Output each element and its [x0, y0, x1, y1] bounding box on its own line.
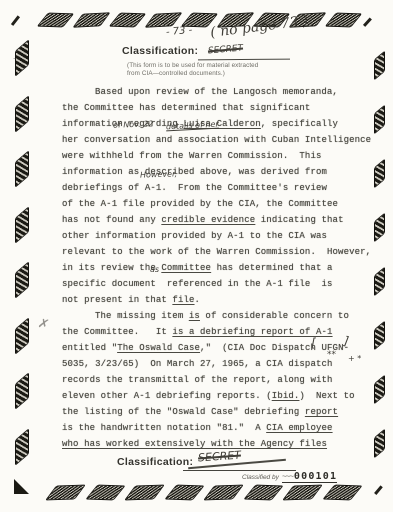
- underlined-phrase: is a debriefing report of A-1: [172, 327, 332, 337]
- border-hatch-block: [16, 152, 28, 186]
- border-hatch-block: [375, 376, 384, 403]
- typed-line: other information provided by A-1 to the…: [62, 228, 372, 244]
- typed-line: in its review the Committee has determin…: [62, 260, 372, 276]
- border-hatch-block: [375, 160, 384, 187]
- border-hatch-block: [16, 374, 28, 408]
- border-hatch-block: [166, 486, 203, 500]
- typed-text: The missing item: [95, 311, 189, 321]
- typed-line: the Committee has determined that signif…: [62, 100, 372, 116]
- underlined-phrase: file: [172, 295, 194, 305]
- typed-text: in its review the: [62, 263, 161, 273]
- border-hatch-block: [375, 214, 384, 241]
- classification-underline-top: [198, 59, 290, 61]
- typed-text: has not found any: [62, 215, 161, 225]
- handwritten-annotation: However,: [140, 170, 177, 179]
- typed-text: of the A-1 file provided by the CIA, the…: [62, 199, 338, 209]
- border-hatch-block: [324, 486, 361, 500]
- typed-text: of considerable concern to: [200, 311, 349, 321]
- border-hatch-block: [375, 106, 384, 133]
- typed-text: the Committee. It: [62, 327, 172, 337]
- border-hatch-block: [375, 268, 384, 295]
- typed-text: , specifically: [261, 119, 338, 129]
- classification-label-bottom: Classification:: [117, 456, 193, 468]
- typed-text: has determined that a: [211, 263, 332, 273]
- border-hatch-block: [110, 14, 144, 27]
- typed-line: were withheld from the Warren Commission…: [62, 148, 372, 164]
- typed-text: is the handwritten notation "81." A: [62, 423, 266, 433]
- typed-line: has not found any credible evidence indi…: [62, 212, 372, 228]
- typed-text: the Committee has determined that signif…: [62, 103, 310, 113]
- border-hatch-block: [16, 263, 28, 297]
- typed-text: her conversation and association with Cu…: [62, 135, 371, 145]
- handwritten-annotation: **: [327, 351, 336, 360]
- classified-by-label: Classified by: [242, 474, 279, 483]
- border-hatch-block: [87, 486, 124, 500]
- typed-text: entitled ": [62, 343, 117, 353]
- border-hatch-block: [16, 429, 28, 463]
- underlined-phrase: is: [189, 311, 200, 321]
- underlined-phrase: CIA employee: [266, 423, 332, 433]
- typed-line: of the A-1 file provided by the CIA, the…: [62, 196, 372, 212]
- border-hatch-block: [375, 52, 384, 79]
- typed-line: her conversation and association with Cu…: [62, 132, 372, 148]
- underlined-phrase: The Oswald Case: [117, 343, 200, 353]
- handwritten-annotation: SECRET: [208, 44, 244, 56]
- underlined-phrase: report: [305, 407, 338, 417]
- handwritten-annotation: –: [13, 54, 18, 64]
- handwritten-annotation: + *: [348, 355, 361, 363]
- border-corner-tick: [11, 15, 20, 25]
- typed-line: Based upon review of the Langosch memora…: [62, 84, 372, 100]
- handwritten-annotation: as: [150, 266, 159, 274]
- typed-text: relevant to the work of the Warren Commi…: [62, 247, 371, 257]
- typed-line: the listing of the "Oswald Case" debrief…: [62, 404, 372, 420]
- border-hatch-block: [47, 486, 84, 500]
- typed-text: .: [195, 295, 201, 305]
- typed-line: relevant to the work of the Warren Commi…: [62, 244, 372, 260]
- typed-text: indicating that: [255, 215, 343, 225]
- typed-line: is the handwritten notation "81." A CIA …: [62, 420, 372, 436]
- typed-line: The missing item is of considerable conc…: [62, 308, 372, 324]
- underlined-phrase: credible evidence: [161, 215, 255, 225]
- typed-text: 5035, 3/23/65) On March 27, 1965, a CIA …: [62, 359, 333, 369]
- typed-line: not present in that file.: [62, 292, 372, 308]
- border-hatch-block: [16, 318, 28, 352]
- border-corner-tick: [374, 485, 382, 494]
- border-hatch-block: [74, 13, 109, 26]
- border-hatch-block: [38, 14, 72, 27]
- typed-line: eleven other A-1 debriefing reports. (Ib…: [62, 388, 372, 404]
- typed-text: eleven other A-1 debriefing reports. (: [62, 391, 272, 401]
- handwritten-scribble: ~~~: [282, 472, 293, 482]
- typed-line: the Committee. It is a debriefing report…: [62, 324, 372, 340]
- stamp-number-wrap: ~~~ 000101: [282, 471, 337, 483]
- typed-line: records the transmittal of the report, a…: [62, 372, 372, 388]
- border-hatch-block: [16, 207, 28, 241]
- typed-line: specific document referenced in the A-1 …: [62, 276, 372, 292]
- handwritten-annotation: ✗: [37, 317, 51, 332]
- typed-text: specific document referenced in the A-1 …: [62, 279, 333, 289]
- typed-text: the listing of the "Oswald Case" debrief…: [62, 407, 305, 417]
- typed-text: ) Next to: [299, 391, 354, 401]
- typed-line: 5035, 3/23/65) On March 27, 1965, a CIA …: [62, 356, 372, 372]
- typed-line: entitled "The Oswald Case," (CIA Doc Dis…: [62, 340, 372, 356]
- document-number-stamp: 000101: [294, 471, 337, 482]
- form-usage-note: (This form is to be used for material ex…: [127, 62, 297, 78]
- typed-line: information as described above, was deri…: [62, 164, 372, 180]
- typed-text: Based upon review of the Langosch memora…: [95, 87, 338, 97]
- typed-text: records the transmittal of the report, a…: [62, 375, 333, 385]
- handwritten-annotation: of Nov. 22: [113, 120, 154, 129]
- border-corner-triangle: [14, 479, 29, 494]
- typed-line: debriefings of A-1. From the Committee's…: [62, 180, 372, 196]
- form-usage-note-line2: from CIA—controlled documents.): [127, 70, 297, 78]
- scanned-document-page: Classification: (This form is to be used…: [0, 0, 393, 512]
- typed-text: information as described above, was deri…: [62, 167, 327, 177]
- typed-text: were withheld from the Warren Commission…: [62, 151, 321, 161]
- border-hatch-block: [126, 486, 163, 500]
- border-hatch-block: [284, 486, 321, 500]
- border-hatch-block: [375, 430, 384, 457]
- border-hatch-block: [326, 14, 360, 27]
- underlined-phrase: Ibid.: [272, 391, 300, 401]
- border-hatch-block: [205, 486, 242, 500]
- handwritten-annotation: - 73 -: [166, 26, 193, 38]
- form-usage-note-line1: (This form is to be used for material ex…: [127, 62, 297, 70]
- border-corner-tick: [363, 17, 372, 26]
- border-hatch-block: [16, 96, 28, 130]
- typed-text: debriefings of A-1. From the Committee's…: [62, 183, 327, 193]
- border-hatch-block: [245, 486, 282, 500]
- handwritten-annotation: SECRET: [198, 450, 242, 464]
- underlined-phrase: who has worked extensively with the Agen…: [62, 439, 327, 449]
- classified-by-stamp: Classified by ~~~ 000101: [242, 471, 337, 483]
- typed-text: not present in that: [62, 295, 172, 305]
- typed-body-text: Based upon review of the Langosch memora…: [62, 84, 372, 452]
- border-hatch-block: [146, 13, 181, 26]
- handwritten-annotation: [: [311, 337, 316, 349]
- border-hatch-block: [375, 322, 384, 349]
- underlined-phrase: Committee: [161, 263, 211, 273]
- classification-label-top: Classification:: [122, 45, 198, 57]
- typed-text: other information provided by A-1 to the…: [62, 231, 327, 241]
